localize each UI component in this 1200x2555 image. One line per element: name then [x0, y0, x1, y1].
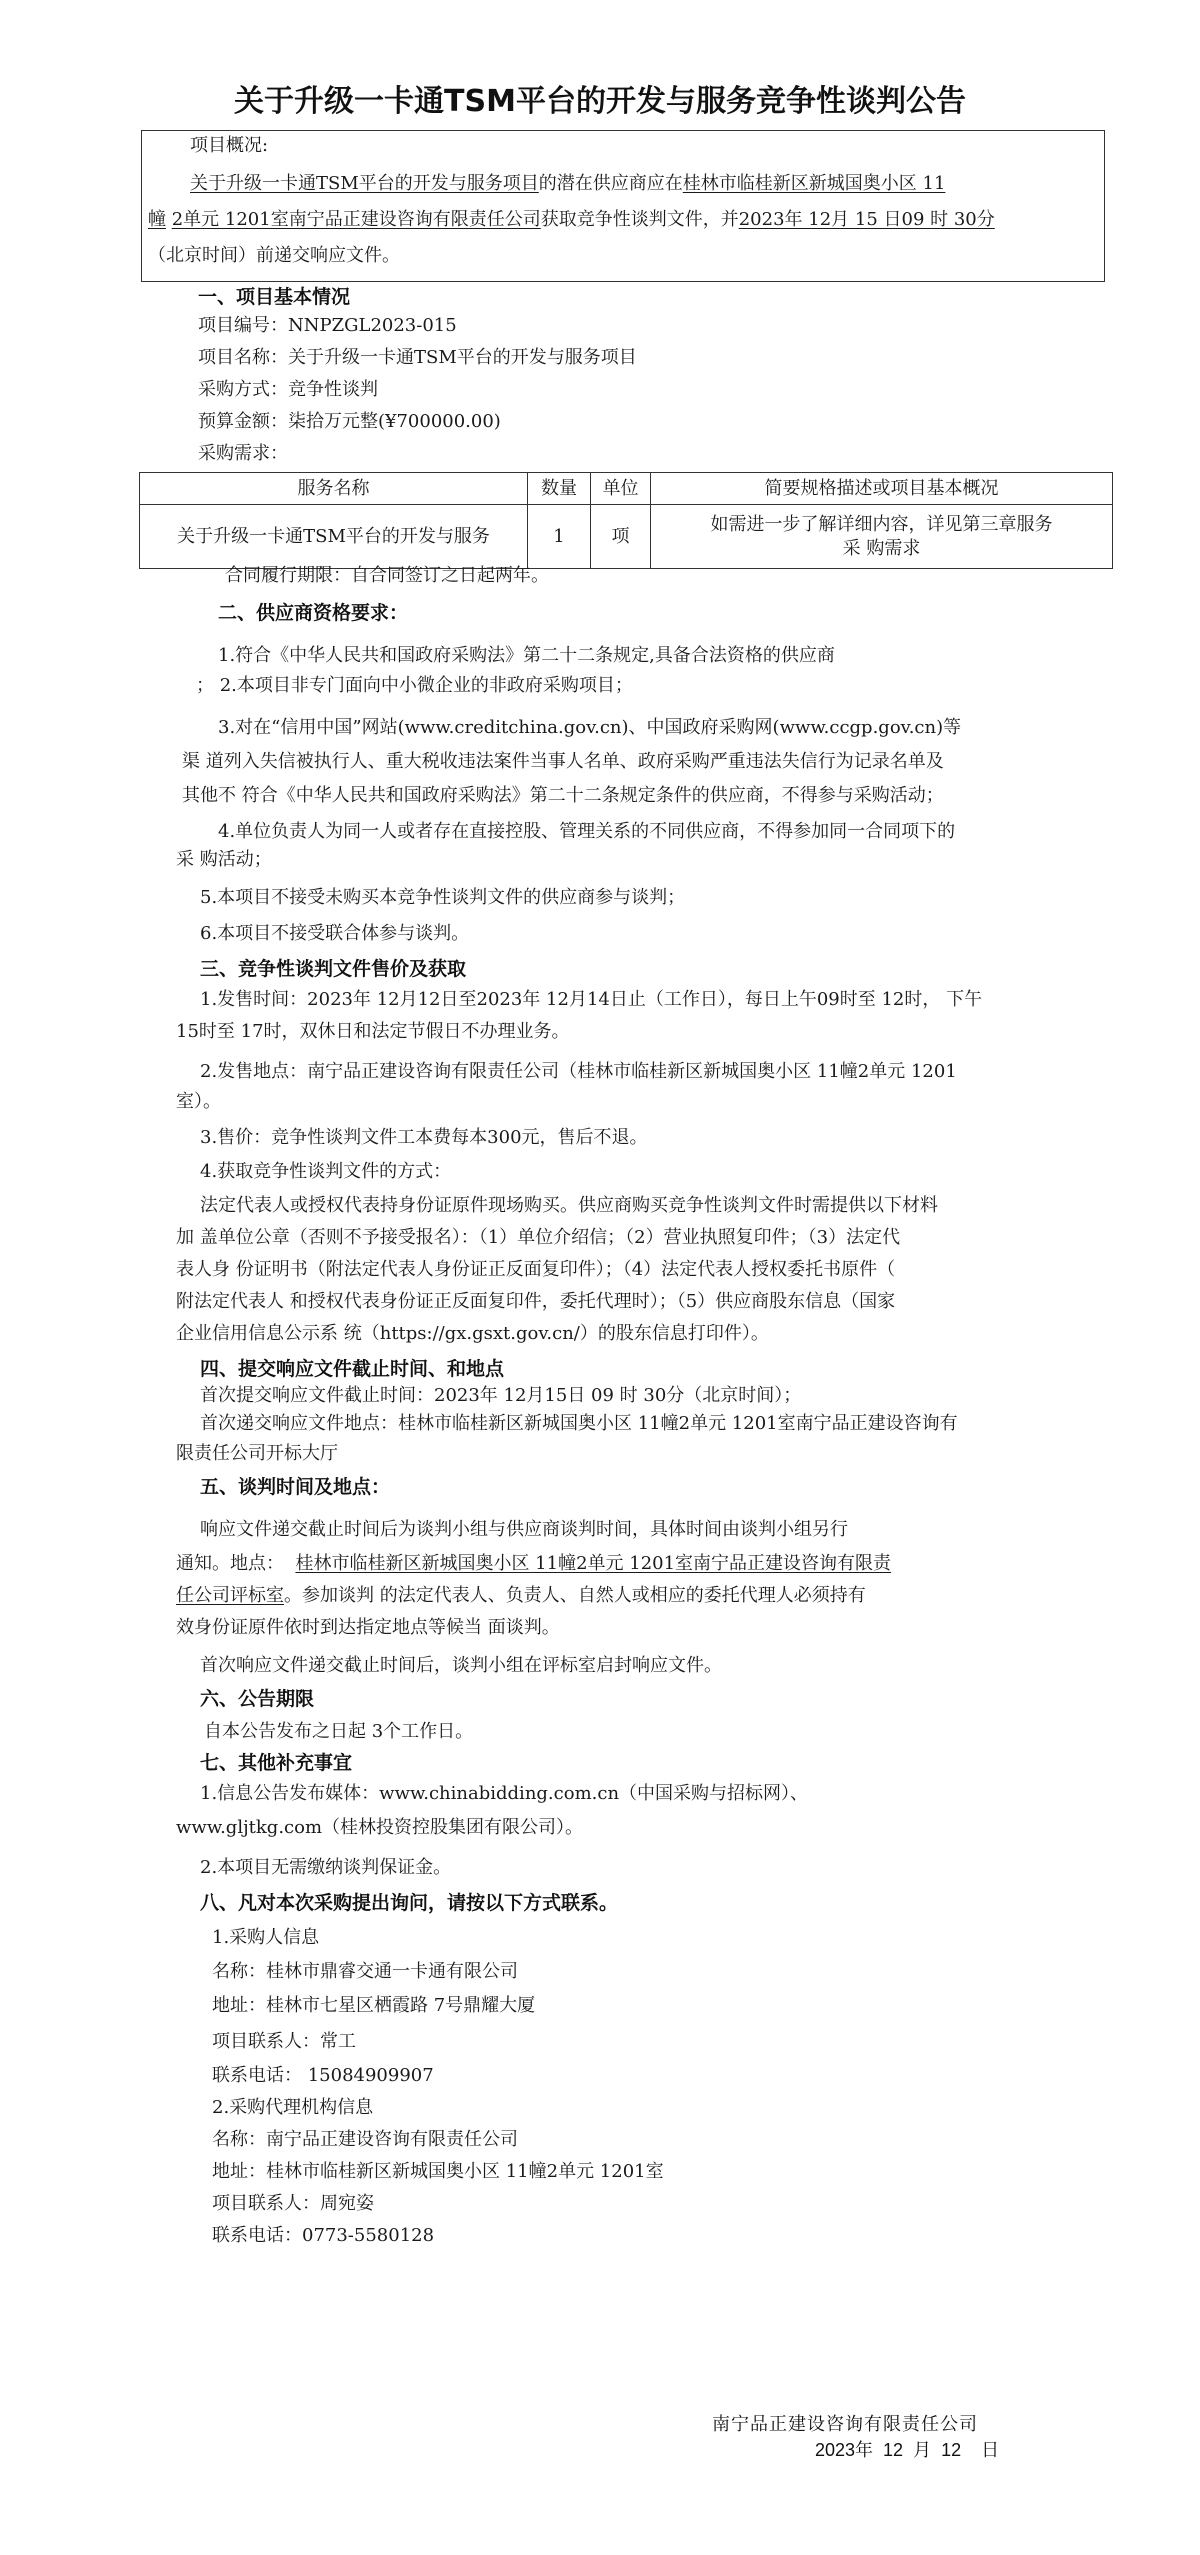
contract-period: 合同履行期限：自合同签订之日起两年。 — [225, 564, 549, 588]
address-underlined: 桂林市临桂新区新城国奥小区 11 — [683, 173, 946, 194]
negotiation-location-underlined: 桂林市临桂新区新城国奥小区 11幢2单元 1201室南宁品正建设咨询有限责 — [295, 1553, 891, 1574]
header-description: 简要规格描述或项目基本概况 — [651, 473, 1113, 505]
section-6-heading: 六、公告期限 — [200, 1686, 314, 1712]
cell-unit: 项 — [591, 505, 651, 569]
header-service-name: 服务名称 — [140, 473, 528, 505]
purchaser-info-title: 1.采购人信息 — [212, 1926, 319, 1950]
signature-date: 2023年 12 月 12 日 — [815, 2438, 999, 2462]
table-row: 关于升级一卡通TSM平台的开发与服务 1 项 如需进一步了解详细内容，详见第三章… — [140, 505, 1113, 569]
evaluation-room-underlined: 任公司评标室 — [176, 1585, 284, 1606]
qualification-3-line-1: 3.对在“信用中国”网站(www.creditchina.gov.cn)、中国政… — [218, 716, 961, 740]
section-5-heading: 五、谈判时间及地点： — [200, 1474, 390, 1500]
sale-location-line-2: 室）。 — [176, 1090, 221, 1114]
section-2-heading: 二、供应商资格要求： — [218, 600, 408, 626]
overview-text-2: 获取竞争性谈判文件，并 — [541, 209, 739, 230]
project-name-link: 关于升级一卡通TSM平台的开发与服务项目 — [190, 173, 539, 194]
sale-time-line-1: 1.发售时间：2023年 12月12日至2023年 12月14日止（工作日），每… — [200, 988, 982, 1012]
negotiation-line-2: 通知。地点： 桂林市临桂新区新城国奥小区 11幢2单元 1201室南宁品正建设咨… — [176, 1552, 891, 1576]
qualification-4-line-1: 4.单位负责人为同一人或者存在直接控股、管理关系的不同供应商，不得参加同一合同项… — [218, 820, 955, 844]
project-number: 项目编号：NNPZGL2023-015 — [198, 314, 457, 338]
deadline-underlined: 2023年 12月 15 日09 时 30分 — [739, 209, 995, 230]
agency-name: 名称：南宁品正建设咨询有限责任公司 — [212, 2128, 518, 2152]
description-line-2: 采 购需求 — [657, 537, 1106, 561]
negotiation-text: 。参加谈判 的法定代表人、负责人、自然人或相应的委托代理人必须持有 — [284, 1585, 866, 1606]
acquisition-detail-line-4: 附法定代表人 和授权代表身份证正反面复印件，委托代理时）；（5）供应商股东信息（… — [176, 1290, 895, 1314]
section-1-heading: 一、项目基本情况 — [198, 284, 350, 310]
cell-description: 如需进一步了解详细内容，详见第三章服务 采 购需求 — [651, 505, 1113, 569]
qualification-2: ； 2.本项目非专门面向中小微企业的非政府采购项目； — [196, 674, 633, 698]
negotiation-location-label: 通知。地点： — [176, 1553, 284, 1574]
purchaser-address: 地址：桂林市七星区栖霞路 7号鼎耀大厦 — [212, 1994, 535, 2018]
sale-price: 3.售价：竞争性谈判文件工本费每本300元，售后不退。 — [200, 1126, 648, 1150]
purchaser-name: 名称：桂林市鼎睿交通一卡通有限公司 — [212, 1960, 518, 1984]
sale-time-line-2: 15时至 17时，双休日和法定节假日不办理业务。 — [176, 1020, 570, 1044]
agency-address: 地址：桂林市临桂新区新城国奥小区 11幢2单元 1201室 — [212, 2160, 664, 2184]
section-4-heading: 四、提交响应文件截止时间、和地点 — [200, 1356, 504, 1382]
purchaser-phone: 联系电话： 15084909907 — [212, 2064, 434, 2088]
requirements-table: 服务名称 数量 单位 简要规格描述或项目基本概况 关于升级一卡通TSM平台的开发… — [139, 472, 1113, 569]
section-7-heading: 七、其他补充事宜 — [200, 1750, 352, 1776]
cell-service-name: 关于升级一卡通TSM平台的开发与服务 — [140, 505, 528, 569]
overview-line-3: （北京时间）前递交响应文件。 — [148, 244, 400, 268]
overview-line-2: 幢 2单元 1201室南宁品正建设咨询有限责任公司获取竞争性谈判文件，并2023… — [148, 208, 995, 232]
cell-quantity: 1 — [528, 505, 591, 569]
submission-location-line-2: 限责任公司开标大厅 — [176, 1442, 338, 1466]
agency-underlined: 2单元 1201室南宁品正建设咨询有限责任公司 — [172, 209, 541, 230]
purchaser-contact: 项目联系人：常工 — [212, 2030, 356, 2054]
agency-phone: 联系电话：0773-5580128 — [212, 2224, 434, 2248]
table-header-row: 服务名称 数量 单位 简要规格描述或项目基本概况 — [140, 473, 1113, 505]
overview-line-1: 关于升级一卡通TSM平台的开发与服务项目的潜在供应商应在桂林市临桂新区新城国奥小… — [190, 172, 945, 196]
negotiation-opening: 首次响应文件递交截止时间后，谈判小组在评标室启封响应文件。 — [200, 1654, 722, 1678]
sale-location-line-1: 2.发售地点：南宁品正建设咨询有限责任公司（桂林市临桂新区新城国奥小区 11幢2… — [200, 1060, 957, 1084]
agency-info-title: 2.采购代理机构信息 — [212, 2096, 373, 2120]
section-8-heading: 八、凡对本次采购提出询问，请按以下方式联系。 — [200, 1890, 618, 1916]
submission-deadline: 首次提交响应文件截止时间：2023年 12月15日 09 时 30分（北京时间）… — [200, 1384, 801, 1408]
procurement-method: 采购方式：竞争性谈判 — [198, 378, 378, 402]
acquisition-detail-line-2: 加 盖单位公章（否则不予接受报名）：（1）单位介绍信；（2）营业执照复印件；（3… — [176, 1226, 900, 1250]
qualification-3-line-2: 渠 道列入失信被执行人、重大税收违法案件当事人名单、政府采购严重违法失信行为记录… — [182, 750, 944, 774]
acquisition-detail-line-1: 法定代表人或授权代表持身份证原件现场购买。供应商购买竞争性谈判文件时需提供以下材… — [200, 1194, 938, 1218]
media-line-1: 1.信息公告发布媒体：www.chinabidding.com.cn（中国采购与… — [200, 1782, 808, 1806]
negotiation-line-1: 响应文件递交截止时间后为谈判小组与供应商谈判时间，具体时间由谈判小组另行 — [200, 1518, 848, 1542]
negotiation-line-3: 任公司评标室。参加谈判 的法定代表人、负责人、自然人或相应的委托代理人必须持有 — [176, 1584, 866, 1608]
submission-location-line-1: 首次递交响应文件地点：桂林市临桂新区新城国奥小区 11幢2单元 1201室南宁品… — [200, 1412, 958, 1436]
page-title: 关于升级一卡通TSM平台的开发与服务竞争性谈判公告 — [0, 82, 1200, 122]
acquisition-detail-line-5: 企业信用信息公示系 统（https://gx.gsxt.gov.cn/）的股东信… — [176, 1322, 769, 1346]
qualification-5: 5.本项目不接受未购买本竞争性谈判文件的供应商参与谈判； — [200, 886, 685, 910]
no-deposit: 2.本项目无需缴纳谈判保证金。 — [200, 1856, 451, 1880]
media-line-2: www.gljtkg.com（桂林投资控股集团有限公司）。 — [176, 1816, 583, 1840]
acquisition-method: 4.获取竞争性谈判文件的方式： — [200, 1160, 451, 1184]
negotiation-line-4: 效身份证原件依时到达指定地点等候当 面谈判。 — [176, 1616, 560, 1640]
requirements-label: 采购需求： — [198, 442, 288, 466]
address-underlined-cont: 幢 — [148, 209, 166, 230]
qualification-4-line-2: 采 购活动； — [176, 848, 272, 872]
header-unit: 单位 — [591, 473, 651, 505]
overview-text: 的潜在供应商应在 — [539, 173, 683, 194]
signature-company: 南宁品正建设咨询有限责任公司 — [712, 2412, 978, 2436]
overview-label: 项目概况: — [190, 134, 268, 158]
qualification-1: 1.符合《中华人民共和国政府采购法》第二十二条规定,具备合法资格的供应商 — [218, 644, 835, 668]
agency-contact: 项目联系人：周宛姿 — [212, 2192, 374, 2216]
project-name: 项目名称：关于升级一卡通TSM平台的开发与服务项目 — [198, 346, 637, 370]
qualification-6: 6.本项目不接受联合体参与谈判。 — [200, 922, 469, 946]
acquisition-detail-line-3: 表人身 份证明书（附法定代表人身份证正反面复印件）；（4）法定代表人授权委托书原… — [176, 1258, 895, 1282]
qualification-3-line-3: 其他不 符合《中华人民共和国政府采购法》第二十二条规定条件的供应商，不得参与采购… — [182, 784, 944, 808]
description-line-1: 如需进一步了解详细内容，详见第三章服务 — [657, 513, 1106, 537]
announcement-period: 自本公告发布之日起 3个工作日。 — [204, 1720, 473, 1744]
header-quantity: 数量 — [528, 473, 591, 505]
section-3-heading: 三、竞争性谈判文件售价及获取 — [200, 956, 466, 982]
budget-amount: 预算金额：柒拾万元整(¥700000.00) — [198, 410, 501, 434]
